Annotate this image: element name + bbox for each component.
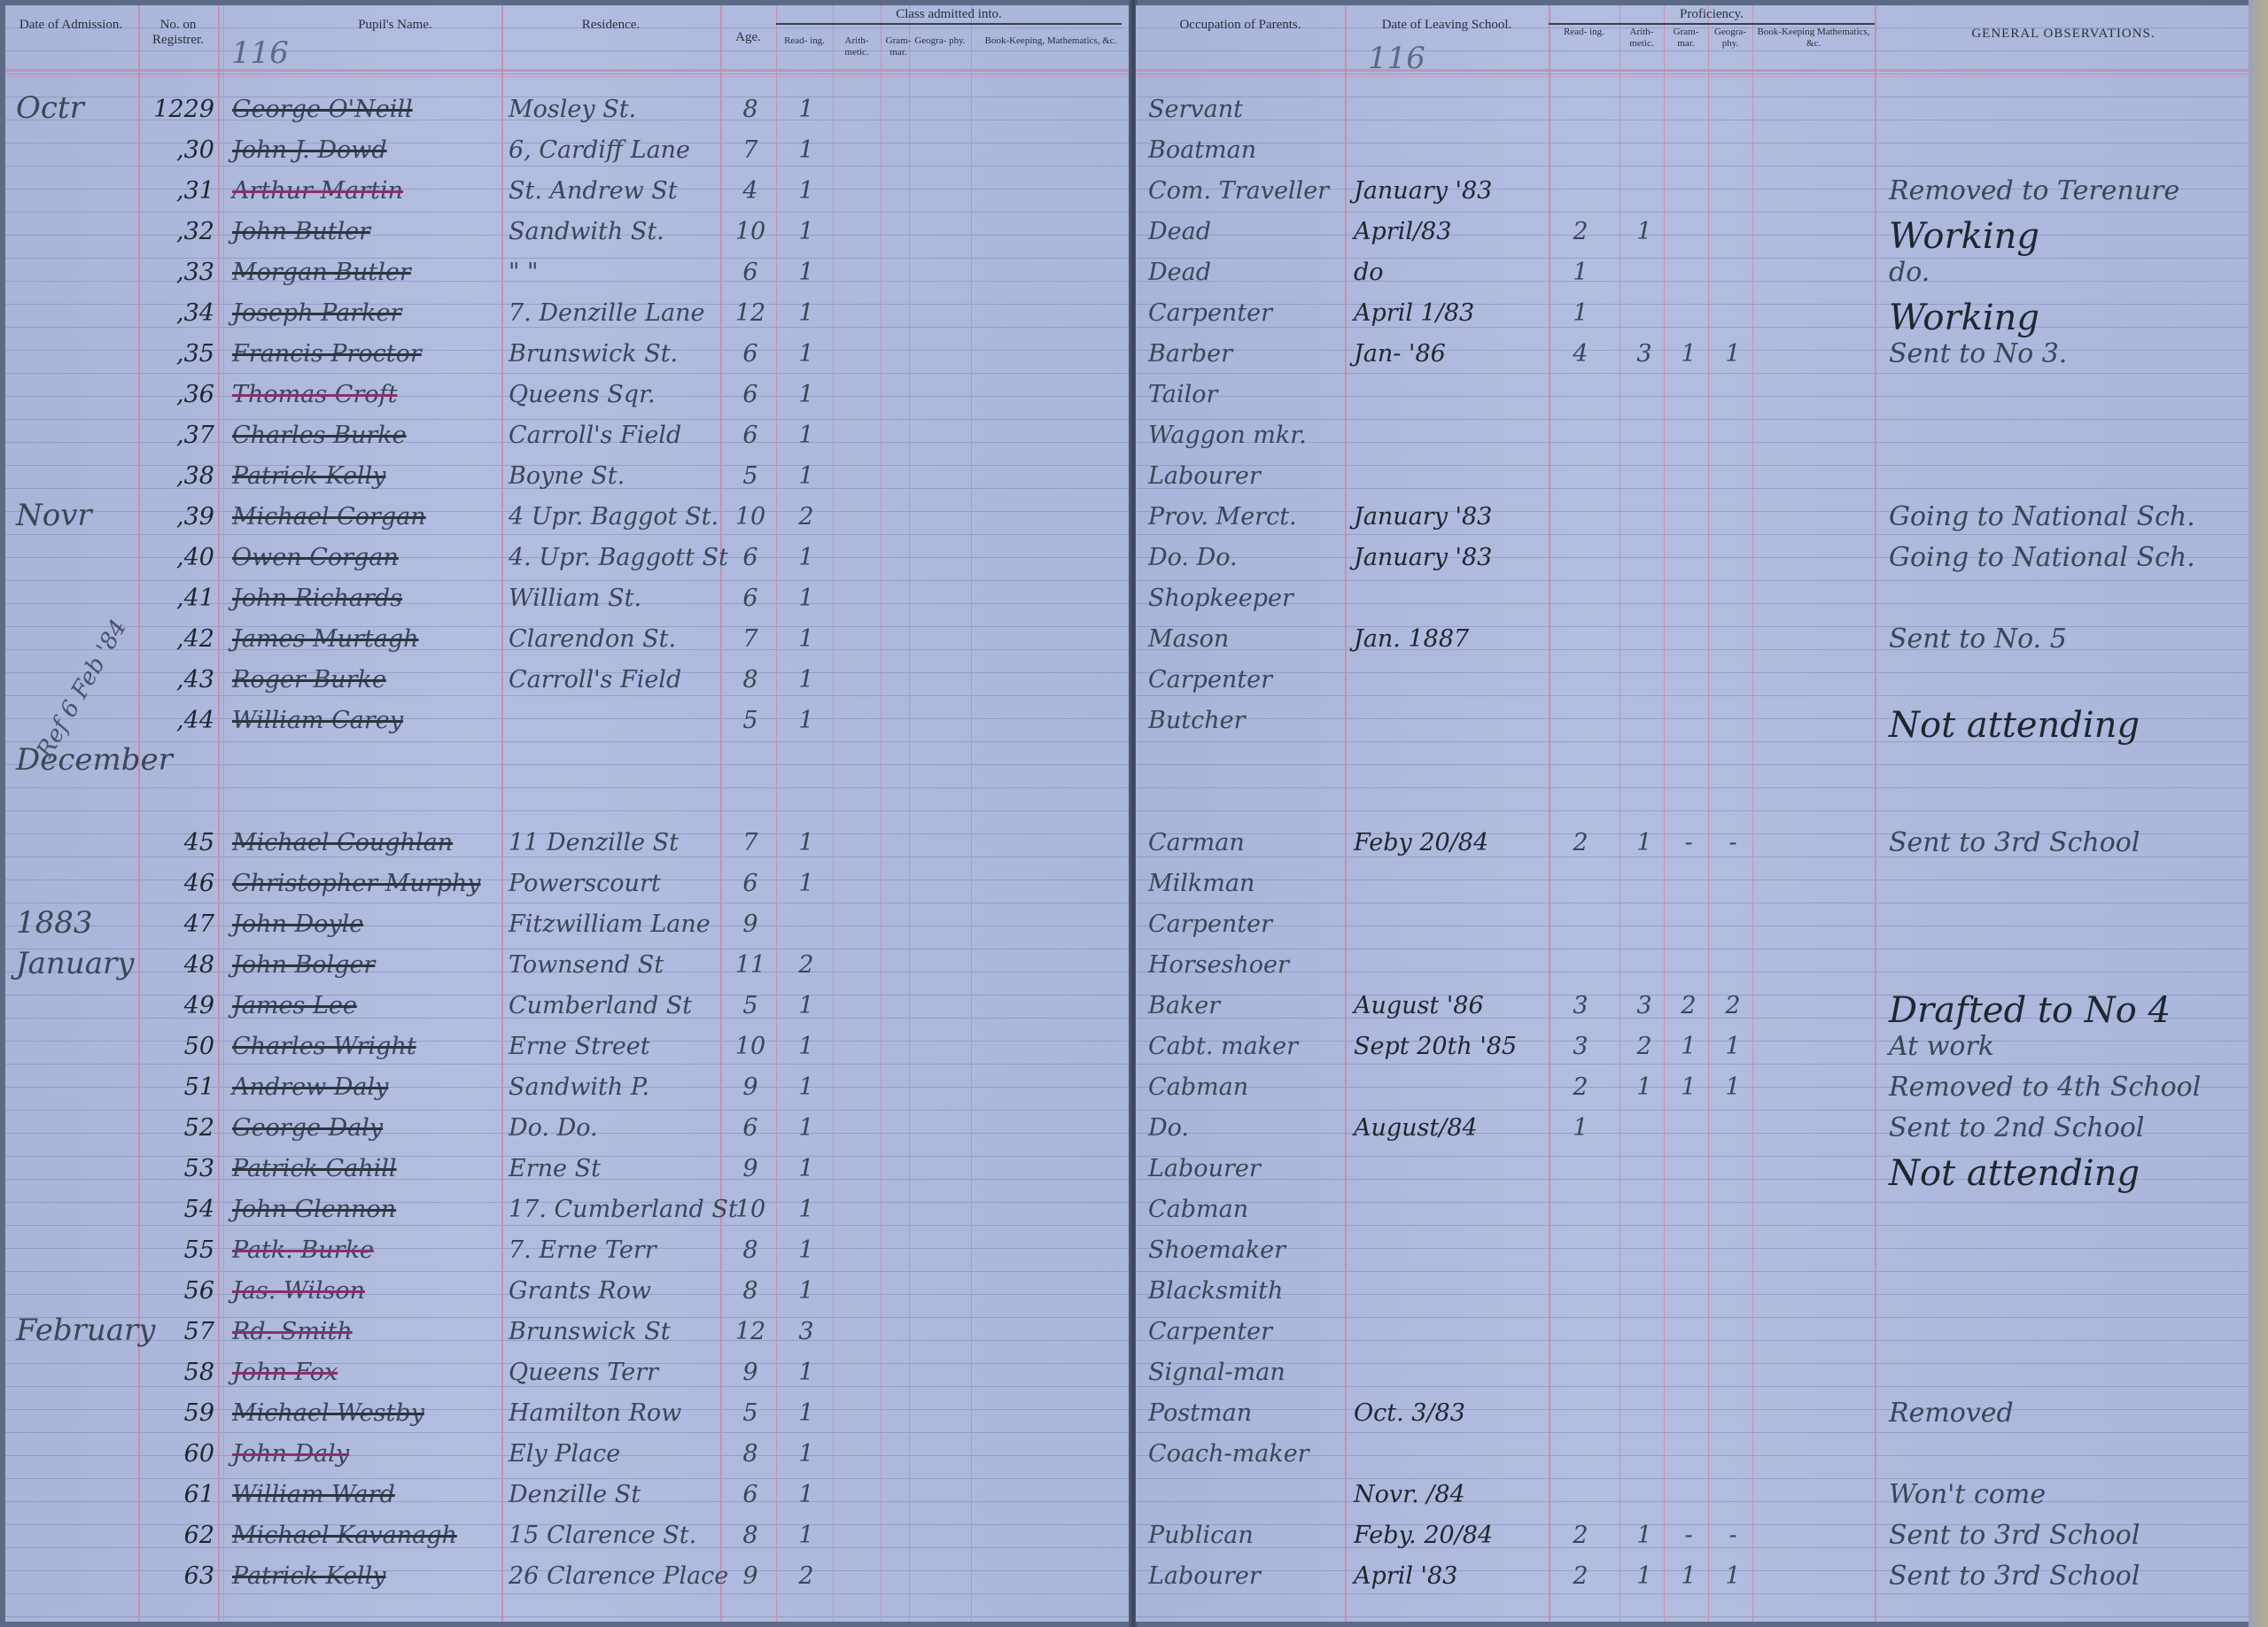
proficiency-value: 1: [1669, 1031, 1708, 1063]
proficiency-value: 2: [1669, 990, 1708, 1022]
residence: Ely Place: [509, 1438, 620, 1470]
register-row-right: Shopkeeper: [1136, 583, 2252, 615]
age: 9: [727, 1561, 773, 1592]
register-number: ,33: [147, 257, 214, 289]
proficiency-value: 1: [1561, 298, 1600, 329]
left-page: Date of Admission. No. on Registrer. 116…: [5, 5, 1130, 1622]
register-row-right: Prov. Merct.January '83Going to National…: [1136, 501, 2252, 533]
register-row: 58John FoxQueens Terr91: [5, 1357, 1130, 1389]
age: 7: [727, 135, 773, 167]
register-row: ,42James MurtaghClarendon St.71: [5, 624, 1130, 655]
parent-occupation: Do.: [1148, 1112, 1189, 1144]
parent-occupation: Cabt. maker: [1148, 1031, 1298, 1063]
residence: Do. Do.: [509, 1112, 598, 1144]
date-left-school: do: [1354, 257, 1384, 289]
register-row: ,32John ButlerSandwith St.101: [5, 216, 1130, 248]
pupil-name: John Daly: [232, 1438, 349, 1470]
age: 6: [727, 583, 773, 615]
age: 7: [727, 827, 773, 859]
pupil-name: William Carey: [232, 705, 403, 737]
register-row: 57Rd. SmithBrunswick St123: [5, 1316, 1130, 1348]
register-row-right: Coach-maker: [1136, 1438, 2252, 1470]
pupil-name: Michael Coughlan: [232, 827, 453, 859]
proficiency-value: 2: [1561, 1072, 1600, 1104]
register-row: 63Patrick Kelly26 Clarence Place92: [5, 1561, 1130, 1592]
proficiency-value: 1: [1713, 1561, 1752, 1592]
register-number: 51: [147, 1072, 214, 1104]
register-row: 55Patk. Burke7. Erne Terr81: [5, 1235, 1130, 1267]
class-reading: 1: [785, 175, 827, 207]
residence: Grants Row: [509, 1275, 651, 1307]
age: 6: [727, 420, 773, 452]
class-reading: 1: [785, 583, 827, 615]
parent-occupation: Labourer: [1148, 461, 1261, 492]
proficiency-value: 1: [1669, 1072, 1708, 1104]
date-left-school: April 1/83: [1354, 298, 1474, 329]
pupil-name: Owen Corgan: [232, 542, 399, 574]
general-observation: Working: [1889, 298, 2039, 338]
residence: 17. Cumberland St: [509, 1194, 738, 1226]
residence: 26 Clarence Place: [509, 1561, 728, 1592]
class-reading: 1: [785, 379, 827, 411]
register-row-right: BarberJan- '864311Sent to No 3.: [1136, 338, 2252, 370]
age: 6: [727, 379, 773, 411]
register-number: 59: [147, 1398, 214, 1429]
parent-occupation: Do. Do.: [1148, 542, 1238, 574]
register-row: ,34Joseph Parker7. Denzille Lane121: [5, 298, 1130, 329]
proficiency-value: 2: [1561, 216, 1600, 248]
age: 11: [727, 949, 773, 981]
class-reading: 1: [785, 624, 827, 655]
date-left-school: Jan- '86: [1354, 338, 1446, 370]
proficiency-value: 3: [1561, 990, 1600, 1022]
class-reading: 1: [785, 1072, 827, 1104]
register-row: ,33Morgan Butler" "61: [5, 257, 1130, 289]
page-edge: [2249, 0, 2268, 1627]
class-reading: 1: [785, 1031, 827, 1063]
proficiency-value: 1: [1713, 338, 1752, 370]
residence: Boyne St.: [509, 461, 625, 492]
class-reading: 1: [785, 461, 827, 492]
pupil-name: John Fox: [232, 1357, 338, 1389]
register-row-right: LabourerApril '832111Sent to 3rd School: [1136, 1561, 2252, 1592]
register-row: [5, 786, 1130, 818]
date-left-school: August '86: [1354, 990, 1484, 1022]
age: 7: [727, 624, 773, 655]
class-reading: 2: [785, 949, 827, 981]
residence: Sandwith St.: [509, 216, 664, 248]
pupil-name: Arthur Martin: [232, 175, 403, 207]
proficiency-value: 2: [1561, 827, 1600, 859]
register-row-right: Deaddo1do.: [1136, 257, 2252, 289]
age: 12: [727, 298, 773, 329]
header-no-on-register: No. on Registrer.: [138, 18, 218, 48]
register-row-right: Do. Do.January '83Going to National Sch.: [1136, 542, 2252, 574]
date-left-school: Oct. 3/83: [1354, 1398, 1465, 1429]
register-number: 48: [147, 949, 214, 981]
register-row-right: Blacksmith: [1136, 1275, 2252, 1307]
parent-occupation: Tailor: [1148, 379, 1217, 411]
pupil-name: Joseph Parker: [232, 298, 401, 329]
residence: Queens Sqr.: [509, 379, 656, 411]
header-prof-geography: Geogra- phy.: [1708, 27, 1752, 50]
date-left-school: January '83: [1354, 175, 1492, 207]
register-row: ,30John J. Dowd6, Cardiff Lane71: [5, 135, 1130, 167]
register-number: 53: [147, 1153, 214, 1185]
register-row: ,37Charles BurkeCarroll's Field61: [5, 420, 1130, 452]
register-row: ,31Arthur MartinSt. Andrew St41: [5, 175, 1130, 207]
header-proficiency: Proficiency.: [1549, 7, 1875, 25]
age: 10: [727, 216, 773, 248]
class-reading: 1: [785, 705, 827, 737]
class-reading: 1: [785, 257, 827, 289]
parent-occupation: Mason: [1148, 624, 1229, 655]
date-left-school: Sept 20th '85: [1354, 1031, 1517, 1063]
class-reading: 1: [785, 1438, 827, 1470]
general-observation: Not attending: [1889, 1153, 2140, 1194]
register-number: 61: [147, 1479, 214, 1511]
date-left-school: August/84: [1354, 1112, 1478, 1144]
age: 10: [727, 1031, 773, 1063]
age: 6: [727, 338, 773, 370]
register-row-right: BakerAugust '863322Drafted to No 4: [1136, 990, 2252, 1022]
residence: Cumberland St: [509, 990, 692, 1022]
register-number: ,37: [147, 420, 214, 452]
age: 8: [727, 664, 773, 696]
register-row-right: Cabman2111Removed to 4th School: [1136, 1072, 2252, 1104]
register-row-right: [1136, 746, 2252, 778]
pupil-name: Morgan Butler: [232, 257, 411, 289]
pupil-name: Charles Wright: [232, 1031, 416, 1063]
general-observation: Working: [1889, 216, 2039, 257]
residence: " ": [509, 257, 538, 289]
proficiency-value: 1: [1625, 216, 1664, 248]
age: 8: [727, 94, 773, 126]
general-observation: Won't come: [1889, 1479, 2046, 1510]
proficiency-value: -: [1713, 827, 1752, 859]
class-reading: 1: [785, 135, 827, 167]
general-observation: Sent to No 3.: [1889, 338, 2067, 369]
register-row: 53Patrick CahillErne St91: [5, 1153, 1130, 1185]
register-row-right: PostmanOct. 3/83Removed: [1136, 1398, 2252, 1429]
age: 5: [727, 705, 773, 737]
pupil-name: Christopher Murphy: [232, 868, 481, 900]
register-number: ,43: [147, 664, 214, 696]
residence: 4 Upr. Baggot St.: [509, 501, 718, 533]
register-number: ,35: [147, 338, 214, 370]
class-reading: 1: [785, 664, 827, 696]
register-number: 60: [147, 1438, 214, 1470]
parent-occupation: Carman: [1148, 827, 1245, 859]
register-number: 63: [147, 1561, 214, 1592]
register-number: ,39: [147, 501, 214, 533]
register-row-right: CarmanFeby 20/8421--Sent to 3rd School: [1136, 827, 2252, 859]
age: 8: [727, 1520, 773, 1552]
age: 12: [727, 1316, 773, 1348]
parent-occupation: Barber: [1148, 338, 1232, 370]
age: 8: [727, 1275, 773, 1307]
register-row-right: [1136, 786, 2252, 818]
class-reading: 1: [785, 1520, 827, 1552]
residence: 15 Clarence St.: [509, 1520, 696, 1552]
register-row-right: Milkman: [1136, 868, 2252, 900]
header-prof-grammar: Gram- mar.: [1664, 27, 1708, 50]
parent-occupation: Cabman: [1148, 1072, 1248, 1104]
register-row-right: ButcherNot attending: [1136, 705, 2252, 737]
class-reading: 1: [785, 1275, 827, 1307]
header-prof-bookkeeping: Book-Keeping Mathematics, &c.: [1752, 27, 1875, 50]
register-row-right: Carpenter: [1136, 1316, 2252, 1348]
age: 6: [727, 257, 773, 289]
register-number: 45: [147, 827, 214, 859]
register-row: [5, 746, 1130, 778]
general-observation: Going to National Sch.: [1889, 542, 2195, 573]
class-reading: 1: [785, 1479, 827, 1511]
register-row-right: Carpenter: [1136, 664, 2252, 696]
class-reading: 1: [785, 1112, 827, 1144]
parent-occupation: Carpenter: [1148, 298, 1272, 329]
general-observation: Sent to 2nd School: [1889, 1112, 2144, 1143]
pupil-name: George Daly: [232, 1112, 383, 1144]
residence: Hamilton Row: [509, 1398, 681, 1429]
header-residence: Residence.: [501, 18, 720, 33]
register-number: ,31: [147, 175, 214, 207]
age: 5: [727, 990, 773, 1022]
header-pupil-name: Pupil's Name.: [289, 18, 501, 33]
parent-occupation: Baker: [1148, 990, 1220, 1022]
age: 6: [727, 868, 773, 900]
header-prof-reading: Read- ing.: [1549, 27, 1619, 38]
register-row-right: Boatman: [1136, 135, 2252, 167]
register-row: ,38Patrick KellyBoyne St.51: [5, 461, 1130, 492]
proficiency-value: 1: [1561, 257, 1600, 289]
pupil-name: Andrew Daly: [232, 1072, 388, 1104]
class-reading: 1: [785, 298, 827, 329]
class-reading: 1: [785, 990, 827, 1022]
register-row: ,44William Carey51: [5, 705, 1130, 737]
register-number: ,44: [147, 705, 214, 737]
age: 5: [727, 1398, 773, 1429]
register-row: 59Michael WestbyHamilton Row51: [5, 1398, 1130, 1429]
header-rule: [1136, 76, 2252, 77]
page-number: 116: [231, 35, 289, 71]
class-reading: 1: [785, 827, 827, 859]
age: 10: [727, 501, 773, 533]
date-left-school: April/83: [1354, 216, 1451, 248]
proficiency-value: 2: [1713, 990, 1752, 1022]
general-observation: Not attending: [1889, 705, 2140, 746]
general-observation: Sent to 3rd School: [1889, 1520, 2140, 1551]
date-left-school: January '83: [1354, 542, 1492, 574]
parent-occupation: Horseshoer: [1148, 949, 1289, 981]
parent-occupation: Signal-man: [1148, 1357, 1285, 1389]
register-number: 55: [147, 1235, 214, 1267]
parent-occupation: Servant: [1148, 94, 1243, 126]
register-row-right: Cabt. makerSept 20th '853211At work: [1136, 1031, 2252, 1063]
pupil-name: John J. Dowd: [232, 135, 387, 167]
age: 9: [727, 1153, 773, 1185]
class-reading: 1: [785, 1235, 827, 1267]
header-rule: [5, 76, 1130, 77]
admission-month: 1883: [16, 905, 93, 941]
proficiency-value: 2: [1561, 1520, 1600, 1552]
proficiency-value: 1: [1625, 1072, 1664, 1104]
residence: William St.: [509, 583, 641, 615]
register-row: 61William WardDenzille St61: [5, 1479, 1130, 1511]
general-observation: Removed: [1889, 1398, 2014, 1429]
age: 8: [727, 1438, 773, 1470]
register-row: 52George DalyDo. Do.61: [5, 1112, 1130, 1144]
register-number: 57: [147, 1316, 214, 1348]
pupil-name: Thomas Croft: [232, 379, 397, 411]
register-number: ,30: [147, 135, 214, 167]
register-row: 49James LeeCumberland St51: [5, 990, 1130, 1022]
header-general-observations: GENERAL OBSERVATIONS.: [1875, 27, 2252, 42]
residence: Townsend St: [509, 949, 664, 981]
date-left-school: April '83: [1354, 1561, 1457, 1592]
register-row: 48John BolgerTownsend St112: [5, 949, 1130, 981]
residence: 7. Erne Terr: [509, 1235, 656, 1267]
register-row-right: Novr. /84Won't come: [1136, 1479, 2252, 1511]
class-reading: 1: [785, 420, 827, 452]
register-row-right: PublicanFeby. 20/8421--Sent to 3rd Schoo…: [1136, 1520, 2252, 1552]
residence: Carroll's Field: [509, 420, 681, 452]
proficiency-value: 1: [1561, 1112, 1600, 1144]
age: 6: [727, 1479, 773, 1511]
residence: Sandwith P.: [509, 1072, 649, 1104]
proficiency-value: -: [1669, 1520, 1708, 1552]
general-observation: Going to National Sch.: [1889, 501, 2195, 532]
register-row: 60John DalyEly Place81: [5, 1438, 1130, 1470]
general-observation: Sent to 3rd School: [1889, 1561, 2140, 1592]
pupil-name: John Butler: [232, 216, 370, 248]
register-number: 1229: [147, 94, 214, 126]
parent-occupation: Postman: [1148, 1398, 1252, 1429]
residence: Brunswick St: [509, 1316, 671, 1348]
pupil-name: Patk. Burke: [232, 1235, 374, 1267]
class-reading: 1: [785, 542, 827, 574]
register-row: 56Jas. WilsonGrants Row81: [5, 1275, 1130, 1307]
admission-month: February: [16, 1313, 156, 1348]
parent-occupation: Labourer: [1148, 1153, 1261, 1185]
proficiency-value: -: [1669, 827, 1708, 859]
register-number: 46: [147, 868, 214, 900]
date-left-school: Novr. /84: [1354, 1479, 1465, 1511]
date-left-school: Jan. 1887: [1354, 624, 1469, 655]
proficiency-value: 4: [1561, 338, 1600, 370]
header-occupation: Occupation of Parents.: [1136, 18, 1345, 33]
register-number: 49: [147, 990, 214, 1022]
residence: Clarendon St.: [509, 624, 676, 655]
residence: Fitzwilliam Lane: [509, 909, 711, 941]
register-row: 50Charles WrightErne Street101: [5, 1031, 1130, 1063]
parent-occupation: Dead: [1148, 216, 1211, 248]
class-reading: 1: [785, 94, 827, 126]
parent-occupation: Butcher: [1148, 705, 1245, 737]
residence: Carroll's Field: [509, 664, 681, 696]
parent-occupation: Shoemaker: [1148, 1235, 1285, 1267]
header-rule: [1136, 69, 2252, 72]
register-row-right: Waggon mkr.: [1136, 420, 2252, 452]
date-left-school: Feby 20/84: [1354, 827, 1488, 859]
proficiency-value: 3: [1561, 1031, 1600, 1063]
class-reading: 1: [785, 868, 827, 900]
age: 5: [727, 461, 773, 492]
residence: Erne Street: [509, 1031, 650, 1063]
register-row-right: Servant: [1136, 94, 2252, 126]
page-number: 116: [1368, 41, 1425, 76]
parent-occupation: Waggon mkr.: [1148, 420, 1307, 452]
proficiency-value: 1: [1713, 1031, 1752, 1063]
register-row: 47John DoyleFitzwilliam Lane9: [5, 909, 1130, 941]
right-page: Occupation of Parents. Date of Leaving S…: [1136, 5, 2252, 1622]
residence: Erne St: [509, 1153, 601, 1185]
header-bookkeeping: Book-Keeping, Mathematics, &c.: [971, 35, 1130, 47]
proficiency-value: 1: [1625, 1520, 1664, 1552]
pupil-name: Patrick Cahill: [232, 1153, 397, 1185]
register-row: ,39Michael Corgan4 Upr. Baggot St.102: [5, 501, 1130, 533]
register-row: 1229George O'NeillMosley St.81: [5, 94, 1130, 126]
register-row-right: DeadApril/8321Working: [1136, 216, 2252, 248]
class-reading: 3: [785, 1316, 827, 1348]
header-date-of-admission: Date of Admission.: [9, 18, 133, 33]
header-age: Age.: [720, 30, 776, 45]
pupil-name: Jas. Wilson: [232, 1275, 365, 1307]
class-reading: 1: [785, 338, 827, 370]
residence: Brunswick St.: [509, 338, 678, 370]
age: 8: [727, 1235, 773, 1267]
register-row-right: Do.August/841Sent to 2nd School: [1136, 1112, 2252, 1144]
proficiency-value: 3: [1625, 990, 1664, 1022]
class-reading: 1: [785, 216, 827, 248]
register-row: 46Christopher MurphyPowerscourt61: [5, 868, 1130, 900]
age: 6: [727, 1112, 773, 1144]
age: 6: [727, 542, 773, 574]
age: 10: [727, 1194, 773, 1226]
pupil-name: John Bolger: [232, 949, 375, 981]
register-row-right: Tailor: [1136, 379, 2252, 411]
pupil-name: John Richards: [232, 583, 402, 615]
parent-occupation: Carpenter: [1148, 909, 1272, 941]
register-row: ,41John RichardsWilliam St.61: [5, 583, 1130, 615]
register-row: 51Andrew DalySandwith P.91: [5, 1072, 1130, 1104]
parent-occupation: Coach-maker: [1148, 1438, 1309, 1470]
parent-occupation: Carpenter: [1148, 1316, 1272, 1348]
pupil-name: William Ward: [232, 1479, 395, 1511]
header-date-leaving: Date of Leaving School.: [1345, 18, 1549, 33]
register-number: 58: [147, 1357, 214, 1389]
register-number: ,38: [147, 461, 214, 492]
pupil-name: Patrick Kelly: [232, 1561, 385, 1592]
register-number: ,32: [147, 216, 214, 248]
proficiency-value: 1: [1669, 1561, 1708, 1592]
proficiency-value: 2: [1625, 1031, 1664, 1063]
register-number: ,36: [147, 379, 214, 411]
parent-occupation: Publican: [1148, 1520, 1254, 1552]
pupil-name: John Doyle: [232, 909, 363, 941]
register-row-right: Cabman: [1136, 1194, 2252, 1226]
residence: 6, Cardiff Lane: [509, 135, 690, 167]
register-row-right: LabourerNot attending: [1136, 1153, 2252, 1185]
register-number: ,40: [147, 542, 214, 574]
register-number: ,41: [147, 583, 214, 615]
register-row-right: Com. TravellerJanuary '83Removed to Tere…: [1136, 175, 2252, 207]
pupil-name: James Murtagh: [232, 624, 419, 655]
class-reading: 1: [785, 1398, 827, 1429]
pupil-name: James Lee: [232, 990, 357, 1022]
register-row: ,43Roger BurkeCarroll's Field81: [5, 664, 1130, 696]
pupil-name: Michael Westby: [232, 1398, 424, 1429]
